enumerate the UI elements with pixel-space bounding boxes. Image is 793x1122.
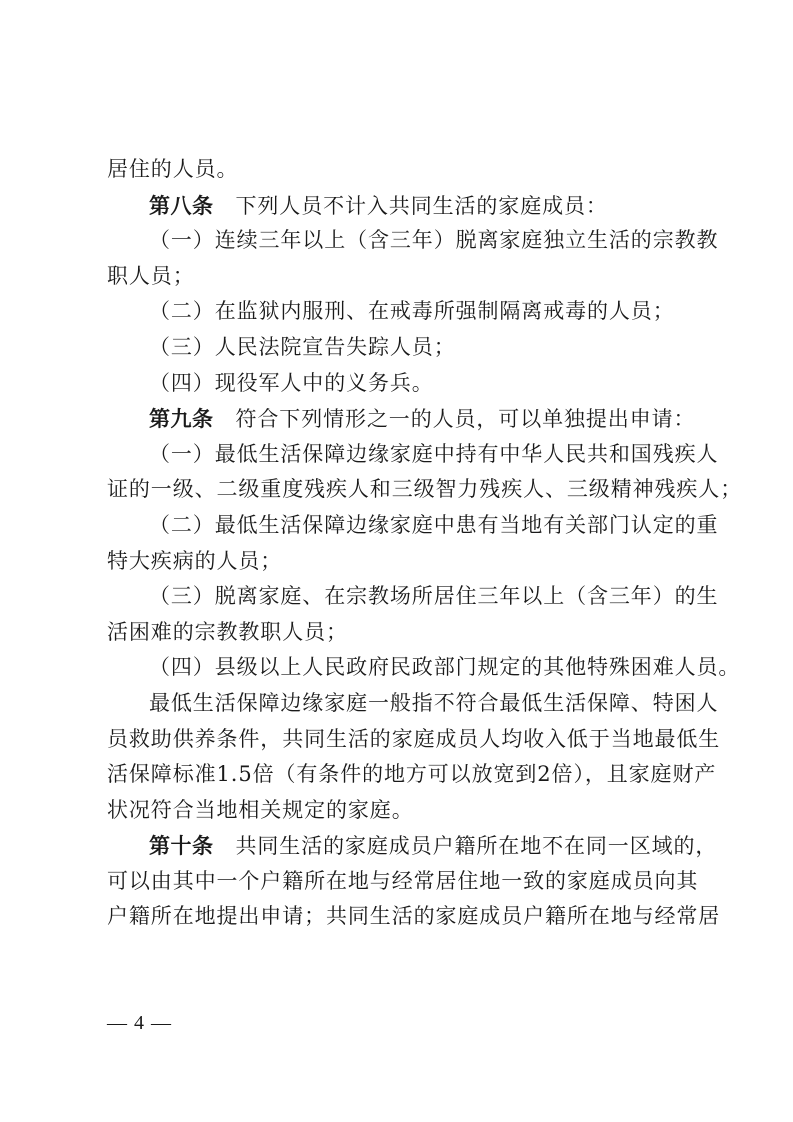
paragraph-line: 户籍所在地提出申请；共同生活的家庭成员户籍所在地与经常居: [107, 899, 692, 935]
paragraph-line: 状况符合当地相关规定的家庭。: [107, 793, 692, 829]
list-item-continuation: 活困难的宗教教职人员；: [107, 615, 692, 651]
article-text: 下列人员不计入共同生活的家庭成员：: [236, 194, 608, 218]
list-item: （二）最低生活保障边缘家庭中患有当地有关部门认定的重: [107, 508, 692, 544]
list-item-continuation: 证的一级、二级重度残疾人和三级智力残疾人、三级精神残疾人；: [107, 472, 692, 508]
article-9-heading: 第九条符合下列情形之一的人员，可以单独提出申请：: [107, 401, 692, 437]
paragraph-line: 活保障标准1.5倍（有条件的地方可以放宽到2倍），且家庭财产: [107, 757, 692, 793]
article-text: 符合下列情形之一的人员，可以单独提出申请：: [236, 407, 696, 431]
list-item-continuation: 职人员；: [107, 259, 692, 295]
paragraph-line: 员救助供养条件，共同生活的家庭成员人均收入低于当地最低生: [107, 722, 692, 758]
document-body: 居住的人员。 第八条下列人员不计入共同生活的家庭成员： （一）连续三年以上（含三…: [107, 152, 692, 935]
article-label: 第八条: [149, 193, 214, 218]
article-label: 第十条: [149, 833, 214, 858]
list-item-continuation: 特大疾病的人员；: [107, 544, 692, 580]
list-item: （四）县级以上人民政府民政部门规定的其他特殊困难人员。: [107, 650, 692, 686]
article-10-heading: 第十条共同生活的家庭成员户籍所在地不在同一区域的，: [107, 828, 692, 864]
paragraph: 最低生活保障边缘家庭一般指不符合最低生活保障、特困人: [107, 686, 692, 722]
article-text: 共同生活的家庭成员户籍所在地不在同一区域的，: [236, 834, 718, 858]
article-label: 第九条: [149, 406, 214, 431]
list-item: （三）人民法院宣告失踪人员；: [107, 330, 692, 366]
list-item: （一）连续三年以上（含三年）脱离家庭独立生活的宗教教: [107, 223, 692, 259]
list-item: （四）现役军人中的义务兵。: [107, 366, 692, 402]
paragraph-line: 可以由其中一个户籍所在地与经常居住地一致的家庭成员向其: [107, 864, 692, 900]
page-number: — 4 —: [107, 1012, 172, 1035]
article-8-heading: 第八条下列人员不计入共同生活的家庭成员：: [107, 188, 692, 224]
paragraph-continuation: 居住的人员。: [107, 152, 692, 188]
list-item: （二）在监狱内服刑、在戒毒所强制隔离戒毒的人员；: [107, 294, 692, 330]
list-item: （一）最低生活保障边缘家庭中持有中华人民共和国残疾人: [107, 437, 692, 473]
list-item: （三）脱离家庭、在宗教场所居住三年以上（含三年）的生: [107, 579, 692, 615]
